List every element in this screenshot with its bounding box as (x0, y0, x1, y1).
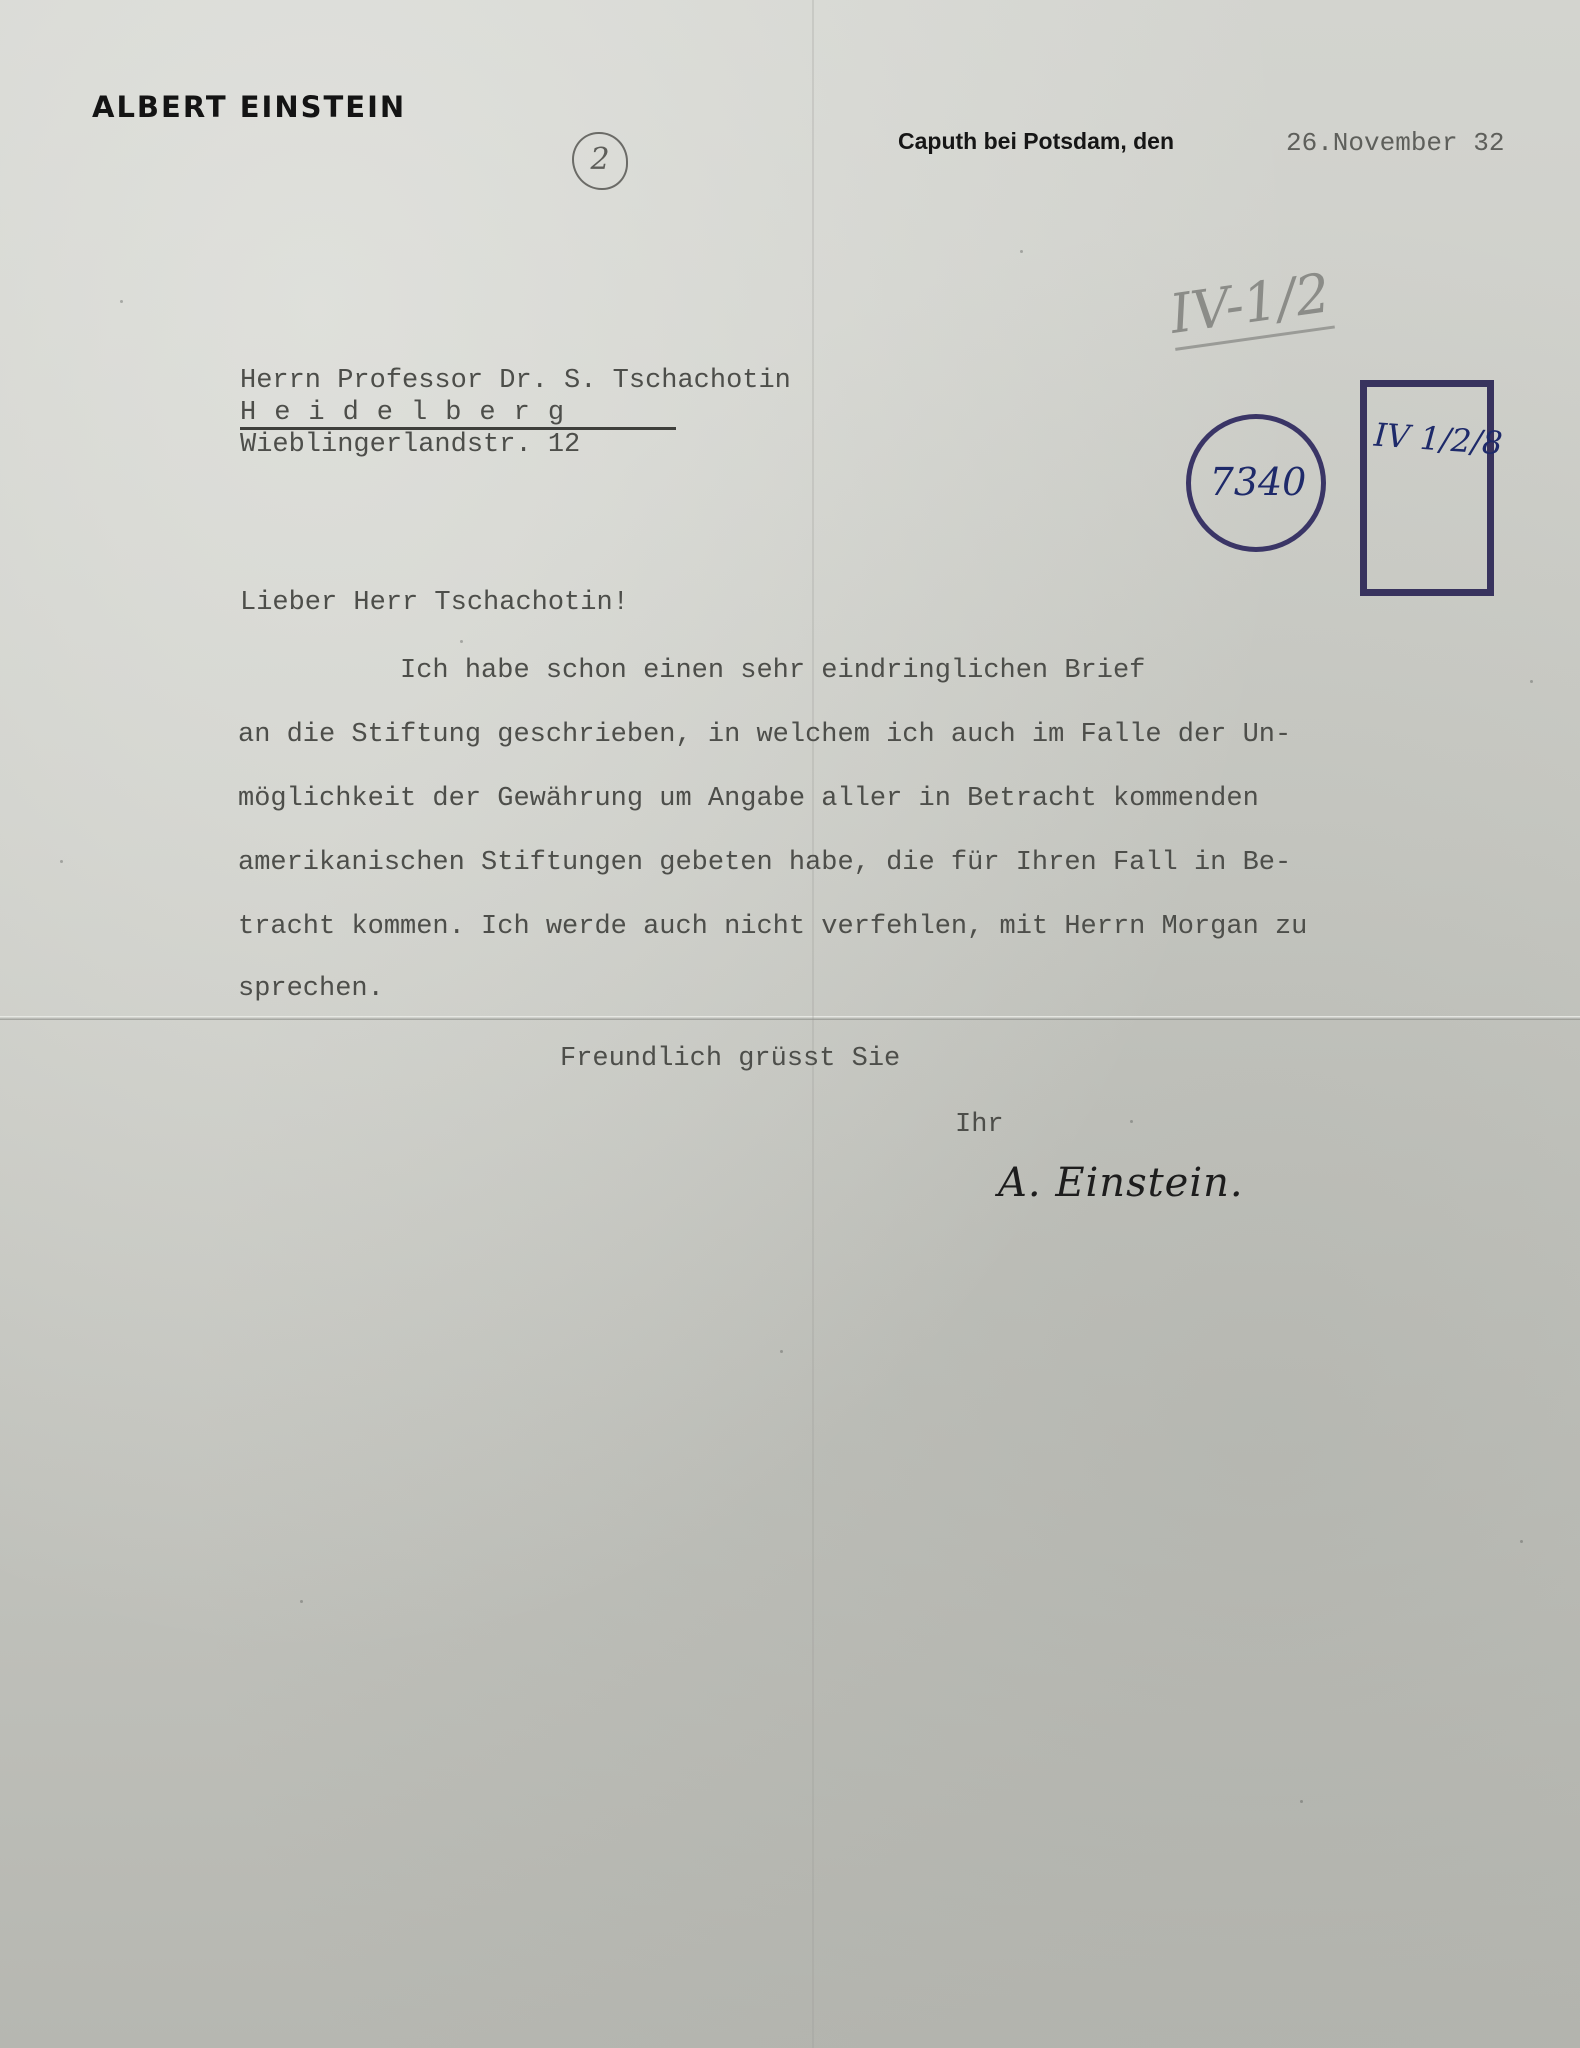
letterhead-place: Caputh bei Potsdam, den (898, 128, 1174, 155)
recipient-name: Herrn Professor Dr. S. Tschachotin (240, 366, 791, 396)
pencil-reference-note: IV-1/2 (1166, 261, 1334, 351)
paper-speck (1530, 680, 1533, 683)
recipient-street: Wieblingerlandstr. 12 (240, 430, 580, 460)
body-line: amerikanischen Stiftungen gebeten habe, … (238, 848, 1291, 878)
paper-speck (300, 1600, 303, 1603)
circled-page-number: 2 (572, 132, 628, 190)
body-line: an die Stiftung geschrieben, in welchem … (238, 720, 1291, 750)
body-line: tracht kommen. Ich werde auch nicht verf… (238, 912, 1307, 942)
paper-speck (1130, 1120, 1133, 1123)
horizontal-fold-line (0, 1016, 1580, 1020)
body-line: Ich habe schon einen sehr eindringlichen… (238, 656, 1145, 686)
paper-speck (460, 640, 463, 643)
letterhead-sender-name: ALBERT EINSTEIN (92, 90, 406, 124)
salutation: Lieber Herr Tschachotin! (240, 588, 629, 618)
archive-stamp-box (1360, 380, 1494, 596)
paper-speck (1300, 1800, 1303, 1803)
closing-line: Freundlich grüsst Sie (560, 1044, 900, 1074)
paper-speck (780, 1350, 783, 1353)
letter-date: 26.November 32 (1286, 128, 1504, 158)
recipient-city: Heidelberg (240, 398, 582, 428)
archive-stamp-number: 7340 (1208, 460, 1308, 504)
body-line: sprechen. (238, 974, 384, 1004)
complimentary-close: Ihr (955, 1110, 1004, 1140)
vertical-fold-line (812, 0, 814, 2048)
paper-speck (1520, 1540, 1523, 1543)
body-line: möglichkeit der Gewährung um Angabe alle… (238, 784, 1259, 814)
handwritten-signature: A. Einstein. (998, 1160, 1244, 1206)
paper-speck (120, 300, 123, 303)
paper-speck (60, 860, 63, 863)
paper-speck (1020, 250, 1023, 253)
letter-page: ALBERT EINSTEIN Caputh bei Potsdam, den … (0, 0, 1580, 2048)
